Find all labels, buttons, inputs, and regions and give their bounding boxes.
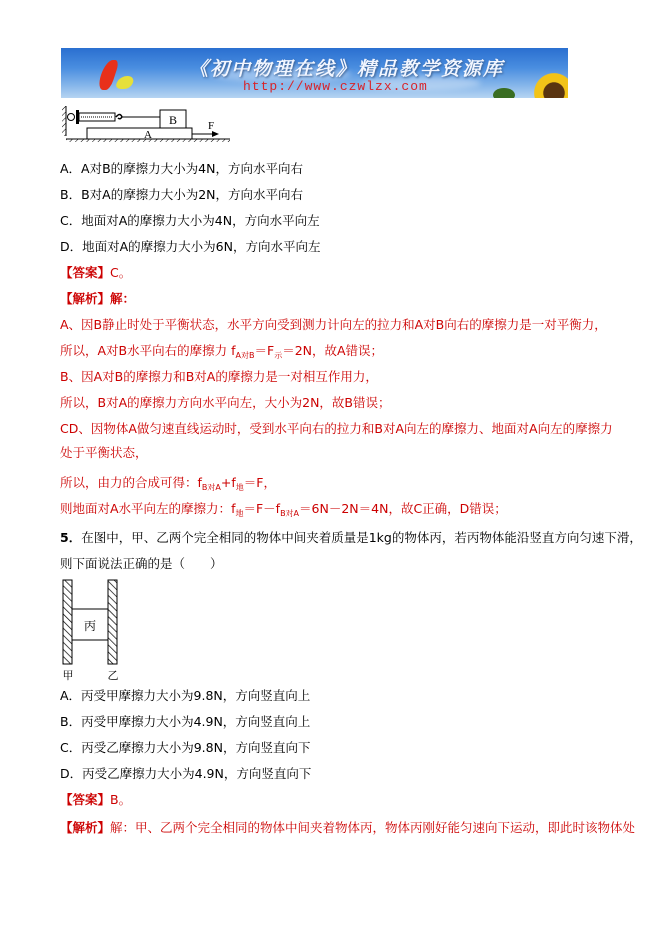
q5-analysis: 【解析】解：甲、乙两个完全相同的物体中间夹着物体丙，物体丙刚好能匀速向下运动，即…: [60, 820, 635, 836]
sunflower-icon: [531, 70, 568, 98]
q5-option-d: D．丙受乙摩擦力大小为4.9N，方向竖直向下: [60, 766, 311, 782]
answer-value: B。: [110, 792, 131, 807]
analysis-text: 解：甲、乙两个完全相同的物体中间夹着物体丙，物体丙刚好能匀速向下运动，即此时该物…: [110, 820, 635, 835]
q4-analysis-line-8: 则地面对A水平向左的摩擦力：f地＝F－fB对A＝6N－2N＝4N，故C正确，D错…: [60, 501, 507, 522]
answer-label: 【答案】: [60, 792, 110, 807]
q4-analysis-line-1: A、因B静止时处于平衡状态，水平方向受到测力计向左的拉力和A对B向右的摩擦力是一…: [60, 317, 607, 333]
logo-yellow-shape: [114, 76, 136, 89]
question-number: 5．: [60, 530, 81, 545]
q4-answer: 【答案】C。: [60, 265, 131, 281]
analysis-label: 【解析】: [60, 291, 110, 306]
q4-analysis-line-3: B、因A对B的摩擦力和B对A的摩擦力是一对相互作用力，: [60, 369, 378, 385]
q4-analysis-line-2: 所以，A对B水平向右的摩擦力 fA对B＝F示＝2N，故A错误；: [60, 343, 383, 364]
q4-analysis-line-5: CD、因物体A做匀速直线运动时，受到水平向右的拉力和B对A向左的摩擦力、地面对A…: [60, 421, 613, 437]
q4-analysis-heading: 【解析】解：: [60, 291, 135, 307]
analysis-label: 【解析】: [60, 820, 110, 835]
leaf-icon: [493, 88, 515, 98]
svg-text:乙: 乙: [108, 669, 119, 682]
q4-option-d: D．地面对A的摩擦力大小为6N，方向水平向左: [60, 239, 320, 255]
banner-url: http://www.czwlzx.com: [243, 79, 428, 94]
q4-option-b: B．B对A的摩擦力大小为2N，方向水平向右: [60, 187, 303, 203]
analysis-intro: 解：: [110, 291, 135, 306]
svg-text:B: B: [169, 113, 177, 127]
q5-stem-line-2: 则下面说法正确的是（ ）: [60, 556, 223, 572]
q4-option-a: A．A对B的摩擦力大小为4N，方向水平向右: [60, 161, 303, 177]
q5-option-c: C．丙受乙摩擦力大小为9.8N，方向竖直向下: [60, 740, 310, 756]
svg-text:F: F: [208, 120, 214, 132]
figure-three-blocks: 丙 甲 乙: [62, 578, 132, 683]
q4-analysis-line-7: 所以，由力的合成可得：fB对A+f地＝F，: [60, 475, 276, 496]
banner-title: 《初中物理在线》精品教学资源库: [189, 54, 504, 81]
answer-value: C。: [110, 265, 131, 280]
q5-option-b: B．丙受甲摩擦力大小为4.9N，方向竖直向上: [60, 714, 310, 730]
q5-answer: 【答案】B。: [60, 792, 131, 808]
q5-option-a: A．丙受甲摩擦力大小为9.8N，方向竖直向上: [60, 688, 310, 704]
q5-stem-line-1: 5．在图中，甲、乙两个完全相同的物体中间夹着质量是1kg的物体丙，若丙物体能沿竖…: [60, 530, 642, 546]
figure-blocks-friction: B A F: [62, 104, 252, 142]
q4-analysis-line-4: 所以，B对A的摩擦力方向水平向左，大小为2N，故B错误；: [60, 395, 391, 411]
q4-analysis-line-6: 处于平衡状态，: [60, 445, 148, 461]
header-banner: 《初中物理在线》精品教学资源库 http://www.czwlzx.com: [61, 48, 568, 98]
svg-text:丙: 丙: [84, 619, 96, 633]
answer-label: 【答案】: [60, 265, 110, 280]
q4-option-c: C．地面对A的摩擦力大小为4N，方向水平向左: [60, 213, 320, 229]
svg-text:甲: 甲: [63, 669, 74, 682]
